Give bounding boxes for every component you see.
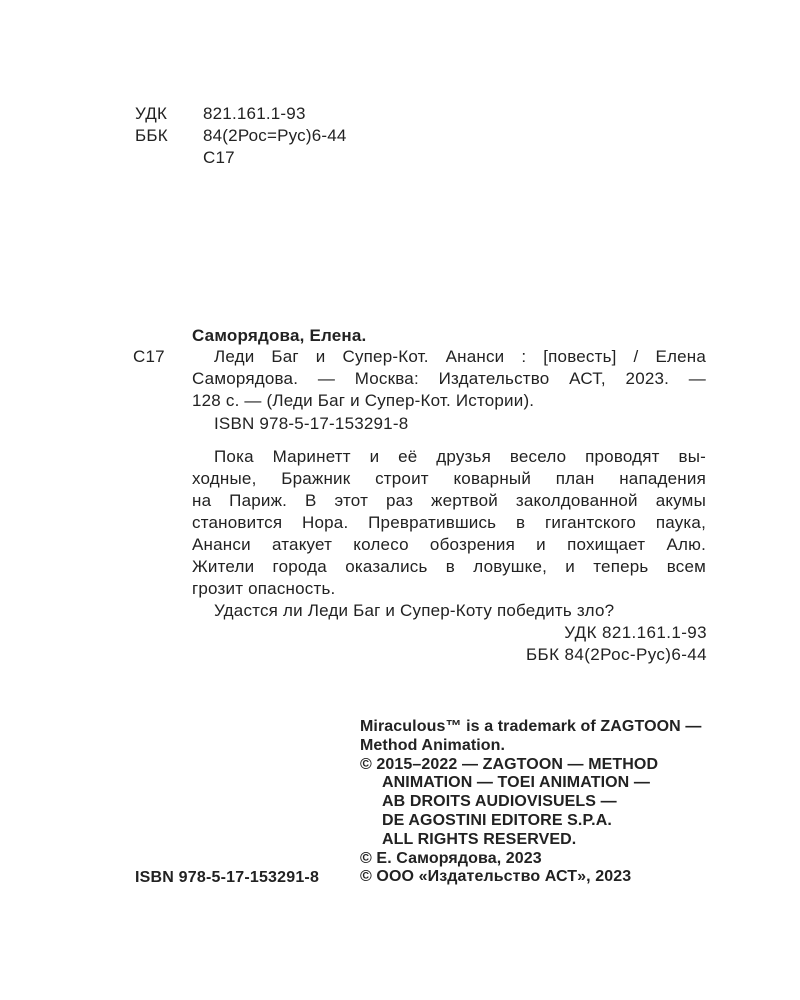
card-code: С17 bbox=[133, 346, 165, 368]
annotation-line: грозит опасность. bbox=[192, 578, 706, 600]
author-sign-spacer bbox=[135, 147, 203, 169]
annotation-line: Пока Маринетт и её друзья весело проводя… bbox=[192, 446, 706, 468]
catalog-card: Саморядова, Елена. С17 Леди Баг и Супер-… bbox=[133, 326, 706, 435]
copyright-line: Method Animation. bbox=[360, 737, 720, 756]
copyright-line: AB DROITS AUDIOVISUELS — bbox=[360, 793, 720, 812]
copyright-line: © Е. Саморядова, 2023 bbox=[360, 850, 720, 869]
top-classification-block: УДК 821.161.1-93 ББК 84(2Рос=Рус)6-44 С1… bbox=[135, 103, 347, 169]
author-sign-row: С17 bbox=[135, 147, 347, 169]
copyright-block: Miraculous™ is a trademark of ZAGTOON —M… bbox=[360, 718, 720, 887]
catalog-card-body: С17 Леди Баг и Супер-Кот. Ананси : [пове… bbox=[133, 346, 706, 412]
annotation-line: Жители города оказались в ловушке, и теп… bbox=[192, 556, 706, 578]
catalog-description-line: 128 с. — (Леди Баг и Супер-Кот. Истории)… bbox=[192, 390, 706, 412]
imprint-page: УДК 821.161.1-93 ББК 84(2Рос=Рус)6-44 С1… bbox=[0, 0, 800, 1000]
udk-label: УДК bbox=[135, 103, 203, 125]
catalog-description: Леди Баг и Супер-Кот. Ананси : [повесть]… bbox=[192, 346, 706, 412]
catalog-description-line: Саморядова. — Москва: Издательство АСТ, … bbox=[192, 368, 706, 390]
classification-footer: УДК 821.161.1-93 ББК 84(2Рос-Рус)6-44 bbox=[526, 622, 707, 666]
udk-row: УДК 821.161.1-93 bbox=[135, 103, 347, 125]
catalog-isbn: ISBN 978-5-17-153291-8 bbox=[214, 413, 706, 435]
annotation-question: Удастся ли Леди Баг и Супер-Коту победит… bbox=[192, 600, 706, 622]
copyright-line: DE AGOSTINI EDITORE S.P.A. bbox=[360, 812, 720, 831]
annotation-line: ходные, Бражник строит коварный план нап… bbox=[192, 468, 706, 490]
copyright-line: © ООО «Издательство АСТ», 2023 bbox=[360, 868, 720, 887]
bbk-row: ББК 84(2Рос=Рус)6-44 bbox=[135, 125, 347, 147]
bbk-label: ББК bbox=[135, 125, 203, 147]
bbk-value: 84(2Рос=Рус)6-44 bbox=[203, 125, 347, 147]
annotation-line: становится Нора. Превратившись в гигантс… bbox=[192, 512, 706, 534]
copyright-line: © 2015–2022 — ZAGTOON — METHOD bbox=[360, 756, 720, 775]
udk-value: 821.161.1-93 bbox=[203, 103, 306, 125]
copyright-line: Miraculous™ is a trademark of ZAGTOON — bbox=[360, 718, 720, 737]
copyright-line: ALL RIGHTS RESERVED. bbox=[360, 831, 720, 850]
classification-footer-bbk: ББК 84(2Рос-Рус)6-44 bbox=[526, 644, 707, 666]
copyright-line: ANIMATION — TOEI ANIMATION — bbox=[360, 774, 720, 793]
annotation-line: Ананси атакует колесо обозрения и похища… bbox=[192, 534, 706, 556]
annotation-paragraph: Пока Маринетт и её друзья весело проводя… bbox=[192, 446, 706, 600]
annotation: Пока Маринетт и её друзья весело проводя… bbox=[192, 446, 706, 622]
isbn-bottom: ISBN 978-5-17-153291-8 bbox=[135, 867, 319, 889]
annotation-line: на Париж. В этот раз жертвой заколдованн… bbox=[192, 490, 706, 512]
author-heading: Саморядова, Елена. bbox=[192, 326, 706, 346]
classification-footer-udk: УДК 821.161.1-93 bbox=[526, 622, 707, 644]
catalog-description-line: Леди Баг и Супер-Кот. Ананси : [повесть]… bbox=[192, 346, 706, 368]
author-sign-value: С17 bbox=[203, 147, 235, 169]
